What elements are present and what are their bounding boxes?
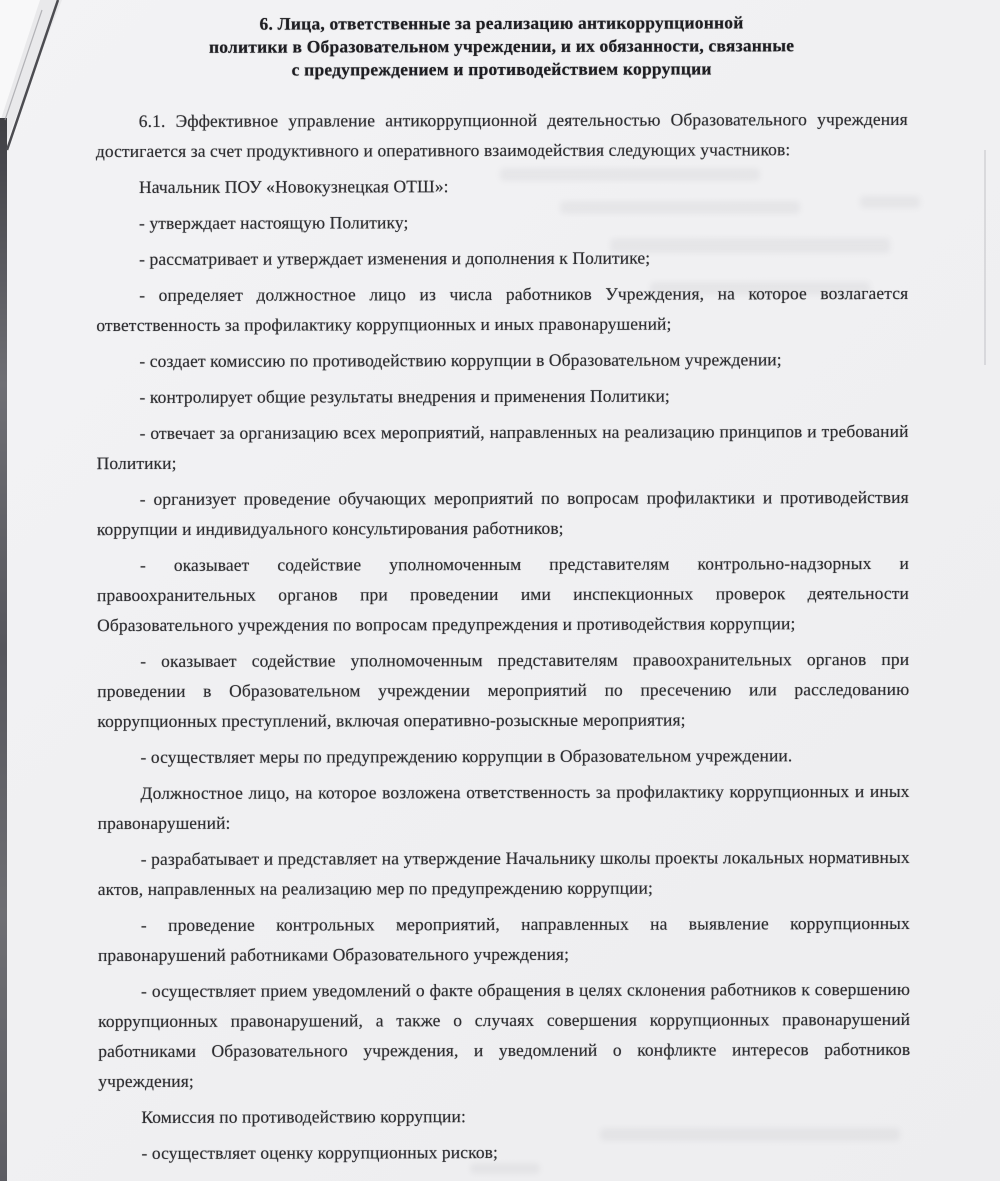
document-title-line: 6. Лица, ответственные за реализацию ант… bbox=[95, 11, 907, 36]
paragraph: Должностное лицо, на которое возложена о… bbox=[97, 776, 909, 838]
document-title: 6. Лица, ответственные за реализацию ант… bbox=[95, 11, 907, 82]
paragraph: - отвечает за организацию всех мероприят… bbox=[97, 416, 909, 478]
paragraph: - оказывает содействие уполномоченным пр… bbox=[97, 548, 909, 640]
document-body: 6.1. Эффективное управление антикоррупци… bbox=[96, 104, 911, 1168]
paragraph: - осуществляет меры по предупреждению ко… bbox=[97, 740, 909, 772]
paragraph: - осуществляет оценку коррупционных риск… bbox=[98, 1136, 910, 1168]
document-content: 6. Лица, ответственные за реализацию ант… bbox=[95, 11, 910, 1174]
paragraph: - осуществляет прием уведомлений о факте… bbox=[98, 974, 910, 1096]
paragraph: - проведение контрольных мероприятий, на… bbox=[98, 908, 910, 970]
paragraph: Комиссия по противодействию коррупции: bbox=[98, 1100, 910, 1132]
scan-edge-shadow bbox=[0, 118, 7, 1181]
paragraph: - разрабатывает и представляет на утверж… bbox=[98, 842, 910, 904]
scanned-document-page: 6. Лица, ответственные за реализацию ант… bbox=[0, 0, 1000, 1181]
paragraph: 6.1. Эффективное управление антикоррупци… bbox=[96, 104, 908, 166]
paragraph: - рассматривает и утверждает изменения и… bbox=[96, 242, 908, 274]
paragraph: - создает комиссию по противодействию ко… bbox=[96, 344, 908, 376]
paragraph: - утверждает настоящую Политику; bbox=[96, 206, 908, 238]
document-title-line: политики в Образовательном учреждении, и… bbox=[96, 34, 908, 59]
paragraph: - определяет должностное лицо из числа р… bbox=[96, 278, 908, 340]
paragraph: Начальник ПОУ «Новокузнецкая ОТШ»: bbox=[96, 170, 908, 202]
paragraph: - оказывает содействие уполномоченным пр… bbox=[97, 644, 909, 736]
paragraph: - контролирует общие результаты внедрени… bbox=[96, 380, 908, 412]
document-title-line: с предупреждением и противодействием кор… bbox=[96, 57, 908, 82]
paragraph: - организует проведение обучающих меропр… bbox=[97, 482, 909, 544]
